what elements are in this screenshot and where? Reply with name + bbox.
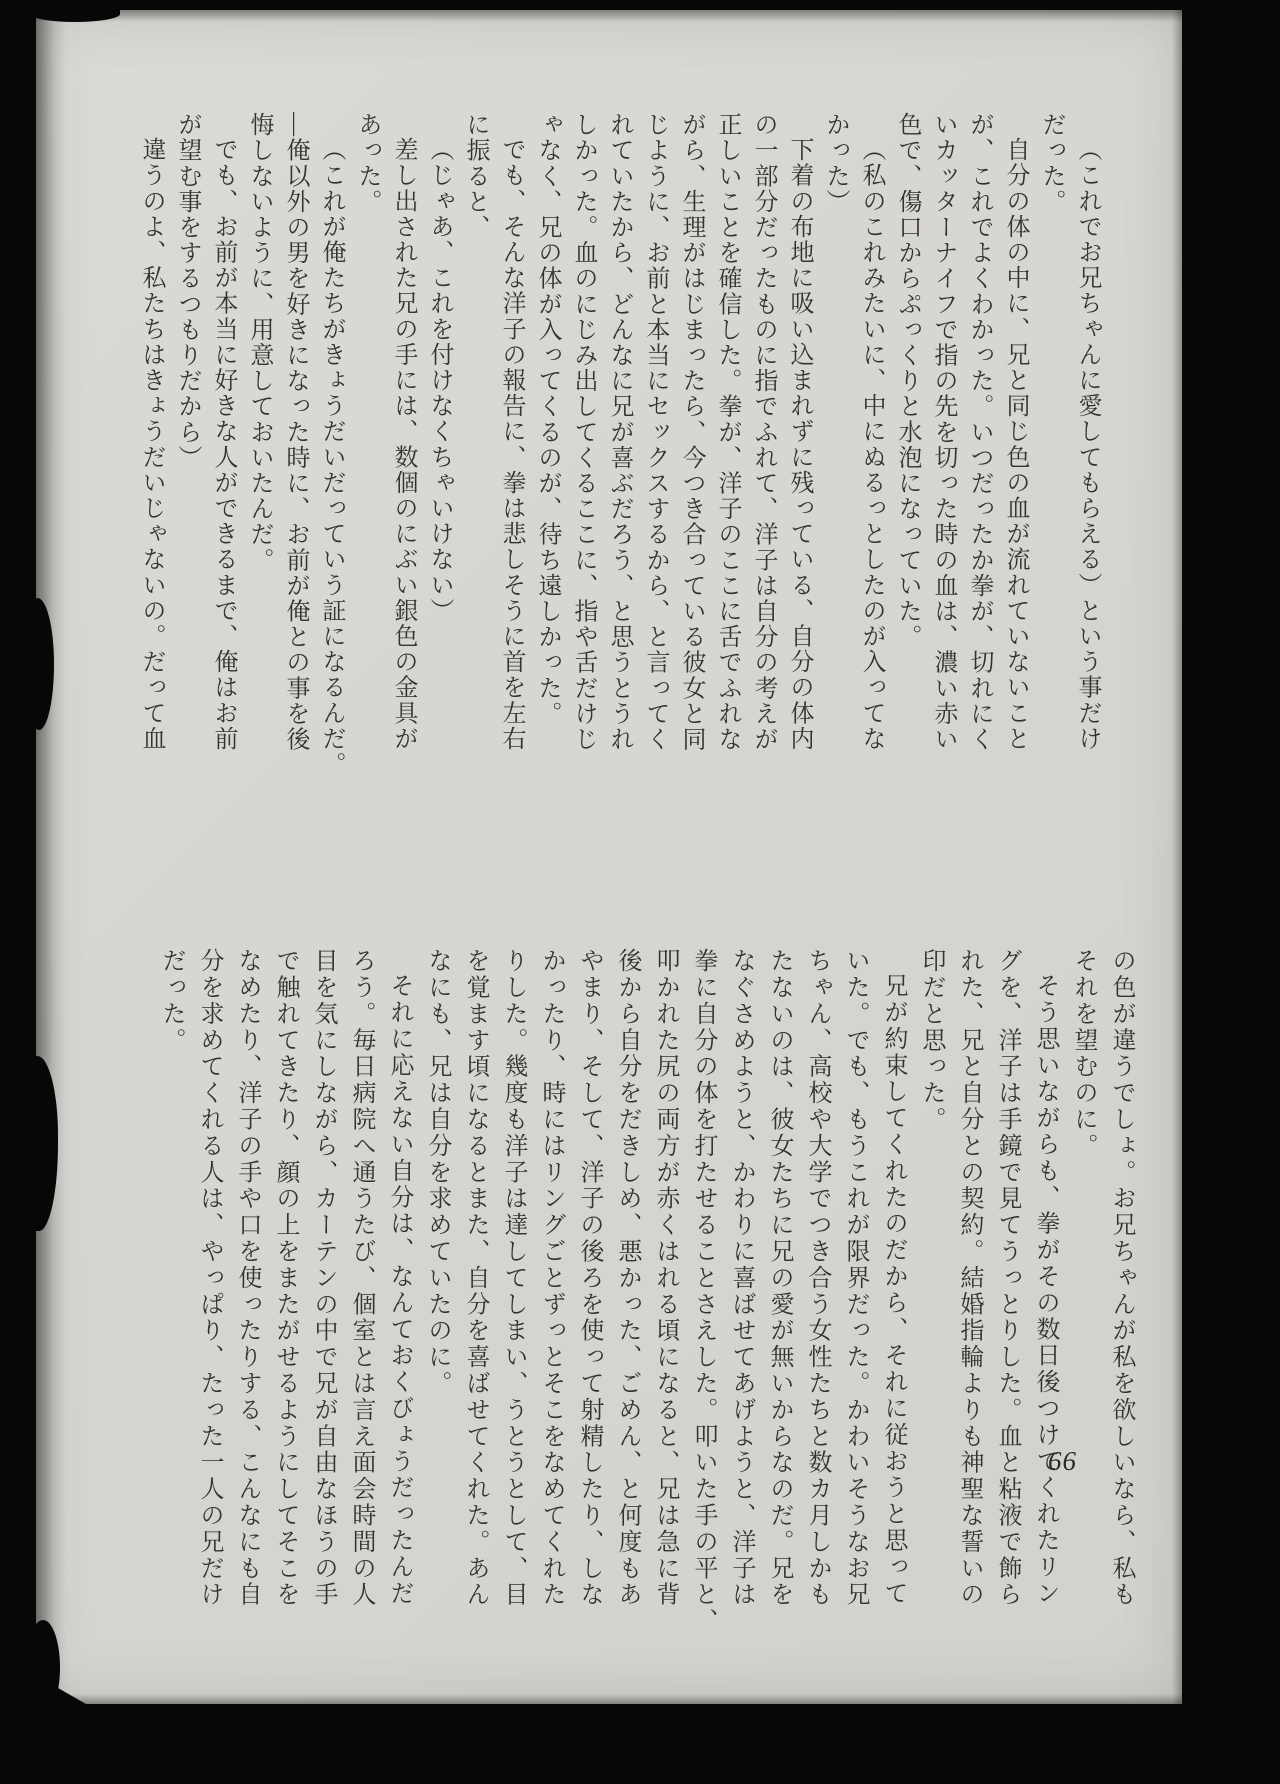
text-column: ろう。毎日病院へ通うたび、個室とは言え面会時間の人 [342, 948, 380, 1612]
paper: （これでお兄ちゃんに愛してもらえる）という事だけだった。自分の体の中に、兄と同じ… [36, 10, 1182, 1704]
text-column: ゃなく、兄の体が入ってくるのが、待ち遠しかった。 [529, 112, 565, 728]
text-column: ちゃん、高校や大学でつき合う女性たちと数カ月しかも [798, 948, 836, 1612]
text-column: なぐさめようと、かわりに喜ばせてあげようと、洋子は [722, 948, 760, 1612]
text-column: かった） [817, 112, 853, 728]
text-column: じように、お前と本当にセックスするから、と言ってく [637, 112, 673, 728]
text-column: 叩かれた尻の両方が赤くはれる頃になると、兄は急に背 [646, 948, 684, 1612]
text-column: 後から自分をだきしめ、悪かった、ごめん、と何度もあ [608, 948, 646, 1612]
text-column: あった。 [349, 112, 385, 728]
text-column: れていたから、どんなに兄が喜ぶだろう、と思うとうれ [601, 112, 637, 728]
text-column: （これが俺たちがきょうだいだっていう証になるんだ。 [313, 112, 349, 728]
text-column: そう思いながらも、拳がその数日後つけてくれたリン [1026, 948, 1064, 1612]
text-column: なにも、兄は自分を求めていたのに。 [418, 948, 456, 1612]
text-column: （私のこれみたいに、中にぬるっとしたのが入ってな [853, 112, 889, 728]
text-column: 悔しないように、用意しておいたんだ。 [241, 112, 277, 728]
text-column: でも、そんな洋子の報告に、拳は悲しそうに首を左右 [493, 112, 529, 728]
text-column: 拳に自分の体を打たせることさえした。叩いた手の平と、 [684, 948, 722, 1612]
text-column: でも、お前が本当に好きな人ができるまで、俺はお前 [205, 112, 241, 728]
text-column: なめたり、洋子の手や口を使ったりする、こんなにも自 [228, 948, 266, 1612]
text-column: に振ると、 [457, 112, 493, 728]
text-column: 兄が約束してくれたのだから、それに従おうと思って [874, 948, 912, 1612]
text-column: だった。 [1033, 112, 1069, 728]
text-column: が望む事をするつもりだから） [169, 112, 205, 728]
torn-edge [24, 598, 54, 730]
text-column: いた。でも、もうこれが限界だった。かわいそうなお兄 [836, 948, 874, 1612]
text-column: が、これでよくわかった。いつだったか拳が、切れにく [961, 112, 997, 728]
text-column: やまり、そして、洋子の後ろを使って射精したり、しな [570, 948, 608, 1612]
text-column: かったり、時にはリングごとずっとそこをなめてくれた [532, 948, 570, 1612]
text-column: りした。幾度も洋子は達してしまい、うとうとして、目 [494, 948, 532, 1612]
text-block-bottom: の色が違うでしょ。お兄ちゃんが私を欲しいなら、私もそれを望むのに。そう思いながら… [150, 948, 1140, 1612]
text-column: で触れてきたり、顔の上をまたがせるようにしてそこを [266, 948, 304, 1612]
text-column: 目を気にしながら、カーテンの中で兄が自由なほうの手 [304, 948, 342, 1612]
text-column: （じゃあ、これを付けなくちゃいけない） [421, 112, 457, 728]
text-column: 差し出された兄の手には、数個のにぶい銀色の金具が [385, 112, 421, 728]
text-column: 違うのよ、私たちはきょうだいじゃないの。だって血 [133, 112, 169, 728]
text-column: がら、生理がはじまったら、今つき合っている彼女と同 [673, 112, 709, 728]
text-column: グを、洋子は手鏡で見てうっとりした。血と粘液で飾ら [988, 948, 1026, 1612]
text-column: 正しいことを確信した。拳が、洋子のここに舌でふれな [709, 112, 745, 728]
text-column: を覚ます頃になるとまた、自分を喜ばせてくれた。あん [456, 948, 494, 1612]
text-column: 下着の布地に吸い込まれずに残っている、自分の体内 [781, 112, 817, 728]
text-column: 色で、傷口からぷっくりと水泡になっていた。 [889, 112, 925, 728]
torn-edge [30, 6, 120, 22]
paper-edge-bottom [36, 1694, 1182, 1704]
text-column: 印だと思った。 [912, 948, 950, 1612]
text-column: れた、兄と自分との契約。結婚指輪よりも神聖な誓いの [950, 948, 988, 1612]
text-column: しかった。血のにじみ出してくるここに、指や舌だけじ [565, 112, 601, 728]
text-column: それを望むのに。 [1064, 948, 1102, 1612]
text-column: の色が違うでしょ。お兄ちゃんが私を欲しいなら、私も [1102, 948, 1140, 1612]
page-number: 66 [1048, 1446, 1077, 1477]
scanned-page: （これでお兄ちゃんに愛してもらえる）という事だけだった。自分の体の中に、兄と同じ… [0, 0, 1280, 1784]
text-column: （これでお兄ちゃんに愛してもらえる）という事だけ [1069, 112, 1105, 728]
text-column: 分を求めてくれる人は、やっぱり、たった一人の兄だけ [190, 948, 228, 1612]
text-column: だった。 [152, 948, 190, 1612]
text-column: 自分の体の中に、兄と同じ色の血が流れていないこと [997, 112, 1033, 728]
text-column: それに応えない自分は、なんておくびょうだったんだ [380, 948, 418, 1612]
torn-edge [20, 1056, 58, 1231]
text-column: の一部分だったものに指でふれて、洋子は自分の考えが [745, 112, 781, 728]
text-block-top: （これでお兄ちゃんに愛してもらえる）という事だけだった。自分の体の中に、兄と同じ… [131, 112, 1105, 728]
text-column: いカッターナイフで指の先を切った時の血は、濃い赤い [925, 112, 961, 728]
paper-edge-right [1172, 10, 1182, 1704]
text-column: たないのは、彼女たちに兄の愛が無いからなのだ。兄を [760, 948, 798, 1612]
text-column: ―俺以外の男を好きになった時に、お前が俺との事を後 [277, 112, 313, 728]
